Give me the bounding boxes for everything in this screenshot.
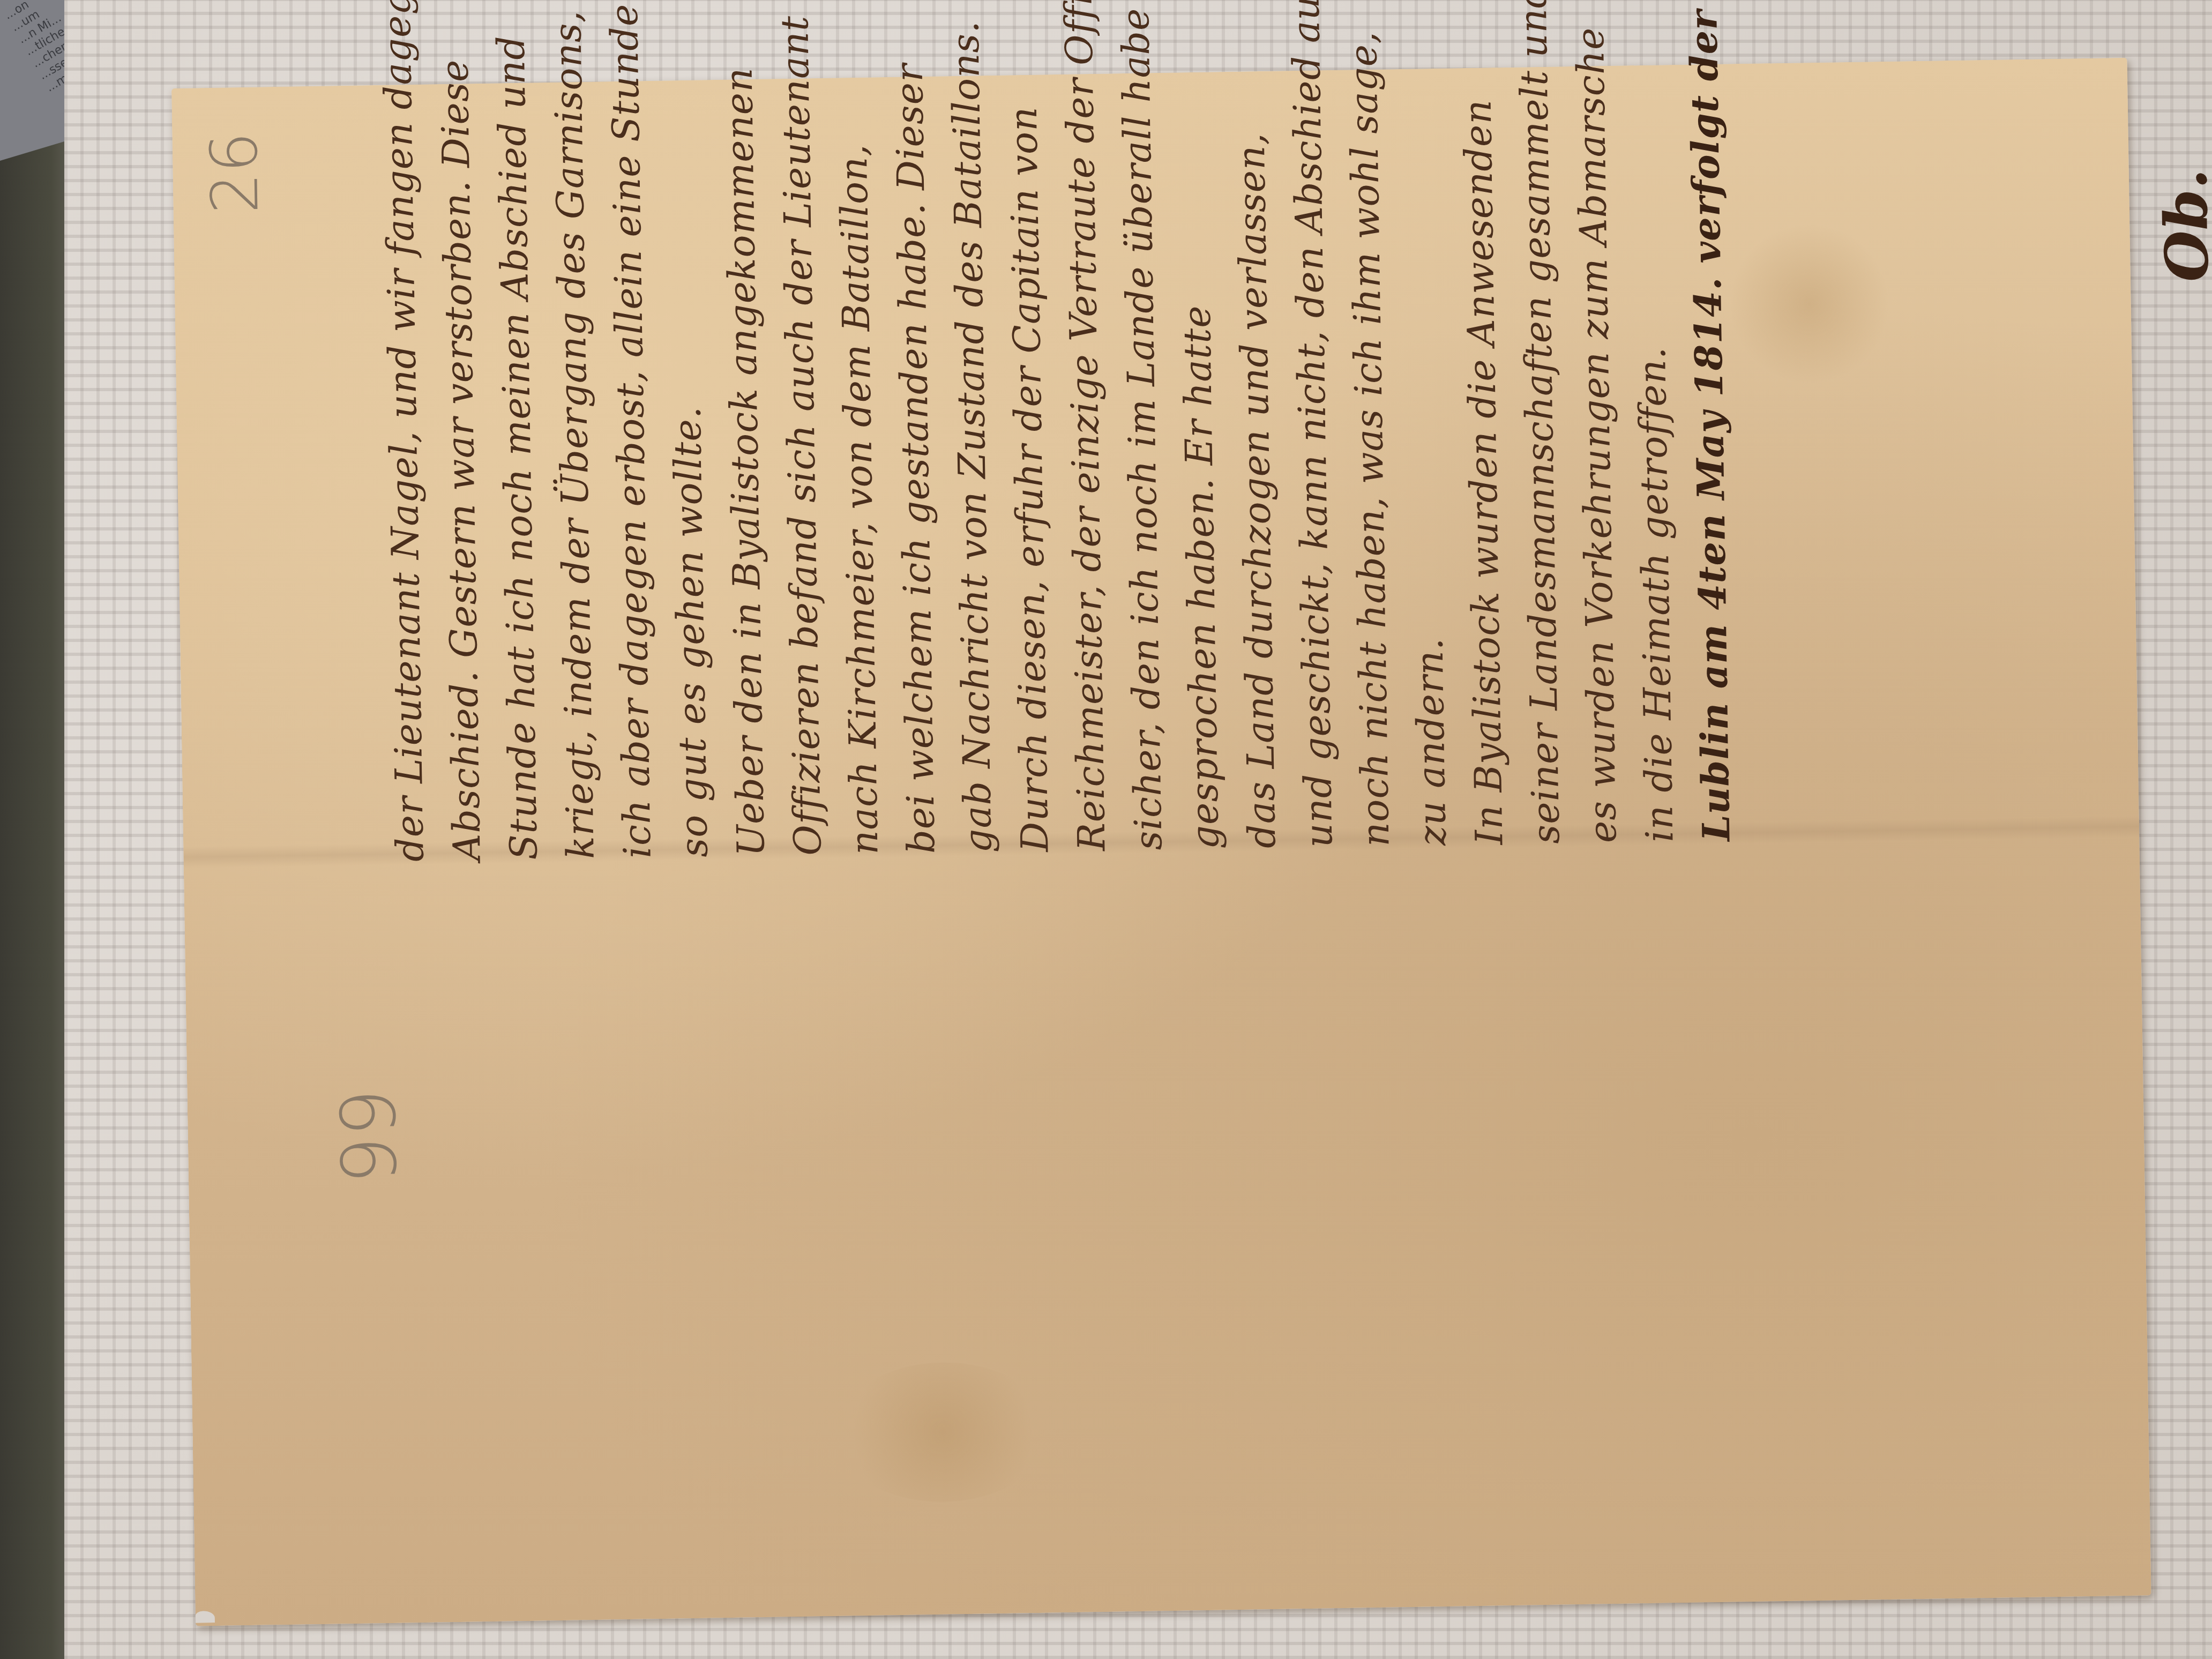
signature-fragment: Ob. [2151, 168, 2212, 282]
text-line: seiner Landesmannschaften gesammelt und [1506, 120, 1574, 844]
text-line: sicher, den ich noch im Lande überall ha… [1109, 126, 1177, 850]
text-line: gesprochen haben. Er hatte [1165, 125, 1234, 849]
archive-number: 99 [325, 1088, 414, 1185]
text-line: zu andern. [1393, 122, 1461, 846]
text-line: das Land durchzogen und verlassen, [1222, 125, 1290, 849]
paper-tear [196, 1611, 215, 1623]
text-line: Offizieren befand sich auch der Lieutena… [768, 132, 836, 856]
text-line: es wurden Vorkehrungen zum Abmarsche [1563, 119, 1631, 843]
page-number: 26 [197, 131, 273, 214]
text-line: Stunde hat ich noch meinen Abschied und [484, 136, 552, 860]
text-line: Ueber den in Byalistock angekommenen [711, 133, 779, 857]
text-line: bei welchem ich gestanden habe. Dieser [881, 130, 950, 854]
text-line: und geschickt, kann nicht, den Abschied … [1279, 124, 1347, 848]
date-line: Lublin am 4ten May 1814. verfolgt der [1677, 117, 1745, 841]
text-line: ich aber dagegen erbost, allein eine Stu… [597, 134, 666, 858]
text-line: in die Heimath getroffen. [1620, 118, 1688, 842]
dark-binding-strip [0, 0, 64, 1659]
handwritten-text-block: der Lieutenant Nagel, und wir fangen dag… [371, 114, 1990, 862]
paper-stain [835, 1361, 1051, 1504]
text-line: noch nicht haben, was ich ihm wohl sage, [1336, 123, 1404, 847]
text-line: Abschied. Gestern war verstorben. Diese [428, 137, 496, 861]
text-line: so gut es gehen wollte. [654, 133, 722, 857]
text-line: In Byalistock wurden die Anwesenden [1449, 121, 1518, 845]
text-line: kriegt, indem der Übergang des Garnisons… [541, 136, 609, 860]
text-line: Reichmeister, der einzige Vertraute der … [1052, 128, 1120, 851]
text-line: nach Kirchmeier, von dem Bataillon, [825, 131, 893, 855]
text-line: der Lieutenant Nagel, und wir fangen dag… [371, 138, 439, 862]
grey-paper-label: ...on ...um ...n Mi... ...tliche ...chen… [0, 0, 64, 161]
label-text-fragment: ...on ...um ...n Mi... ...tliche ...chen… [2, 0, 64, 95]
letter-page: 26 99 der Lieutenant Nagel, und wir fang… [171, 58, 2151, 1626]
text-line: Durch diesen, erfuhr der Capitain von [995, 128, 1063, 852]
text-line: gab Nachricht von Zustand des Bataillons… [938, 129, 1006, 853]
